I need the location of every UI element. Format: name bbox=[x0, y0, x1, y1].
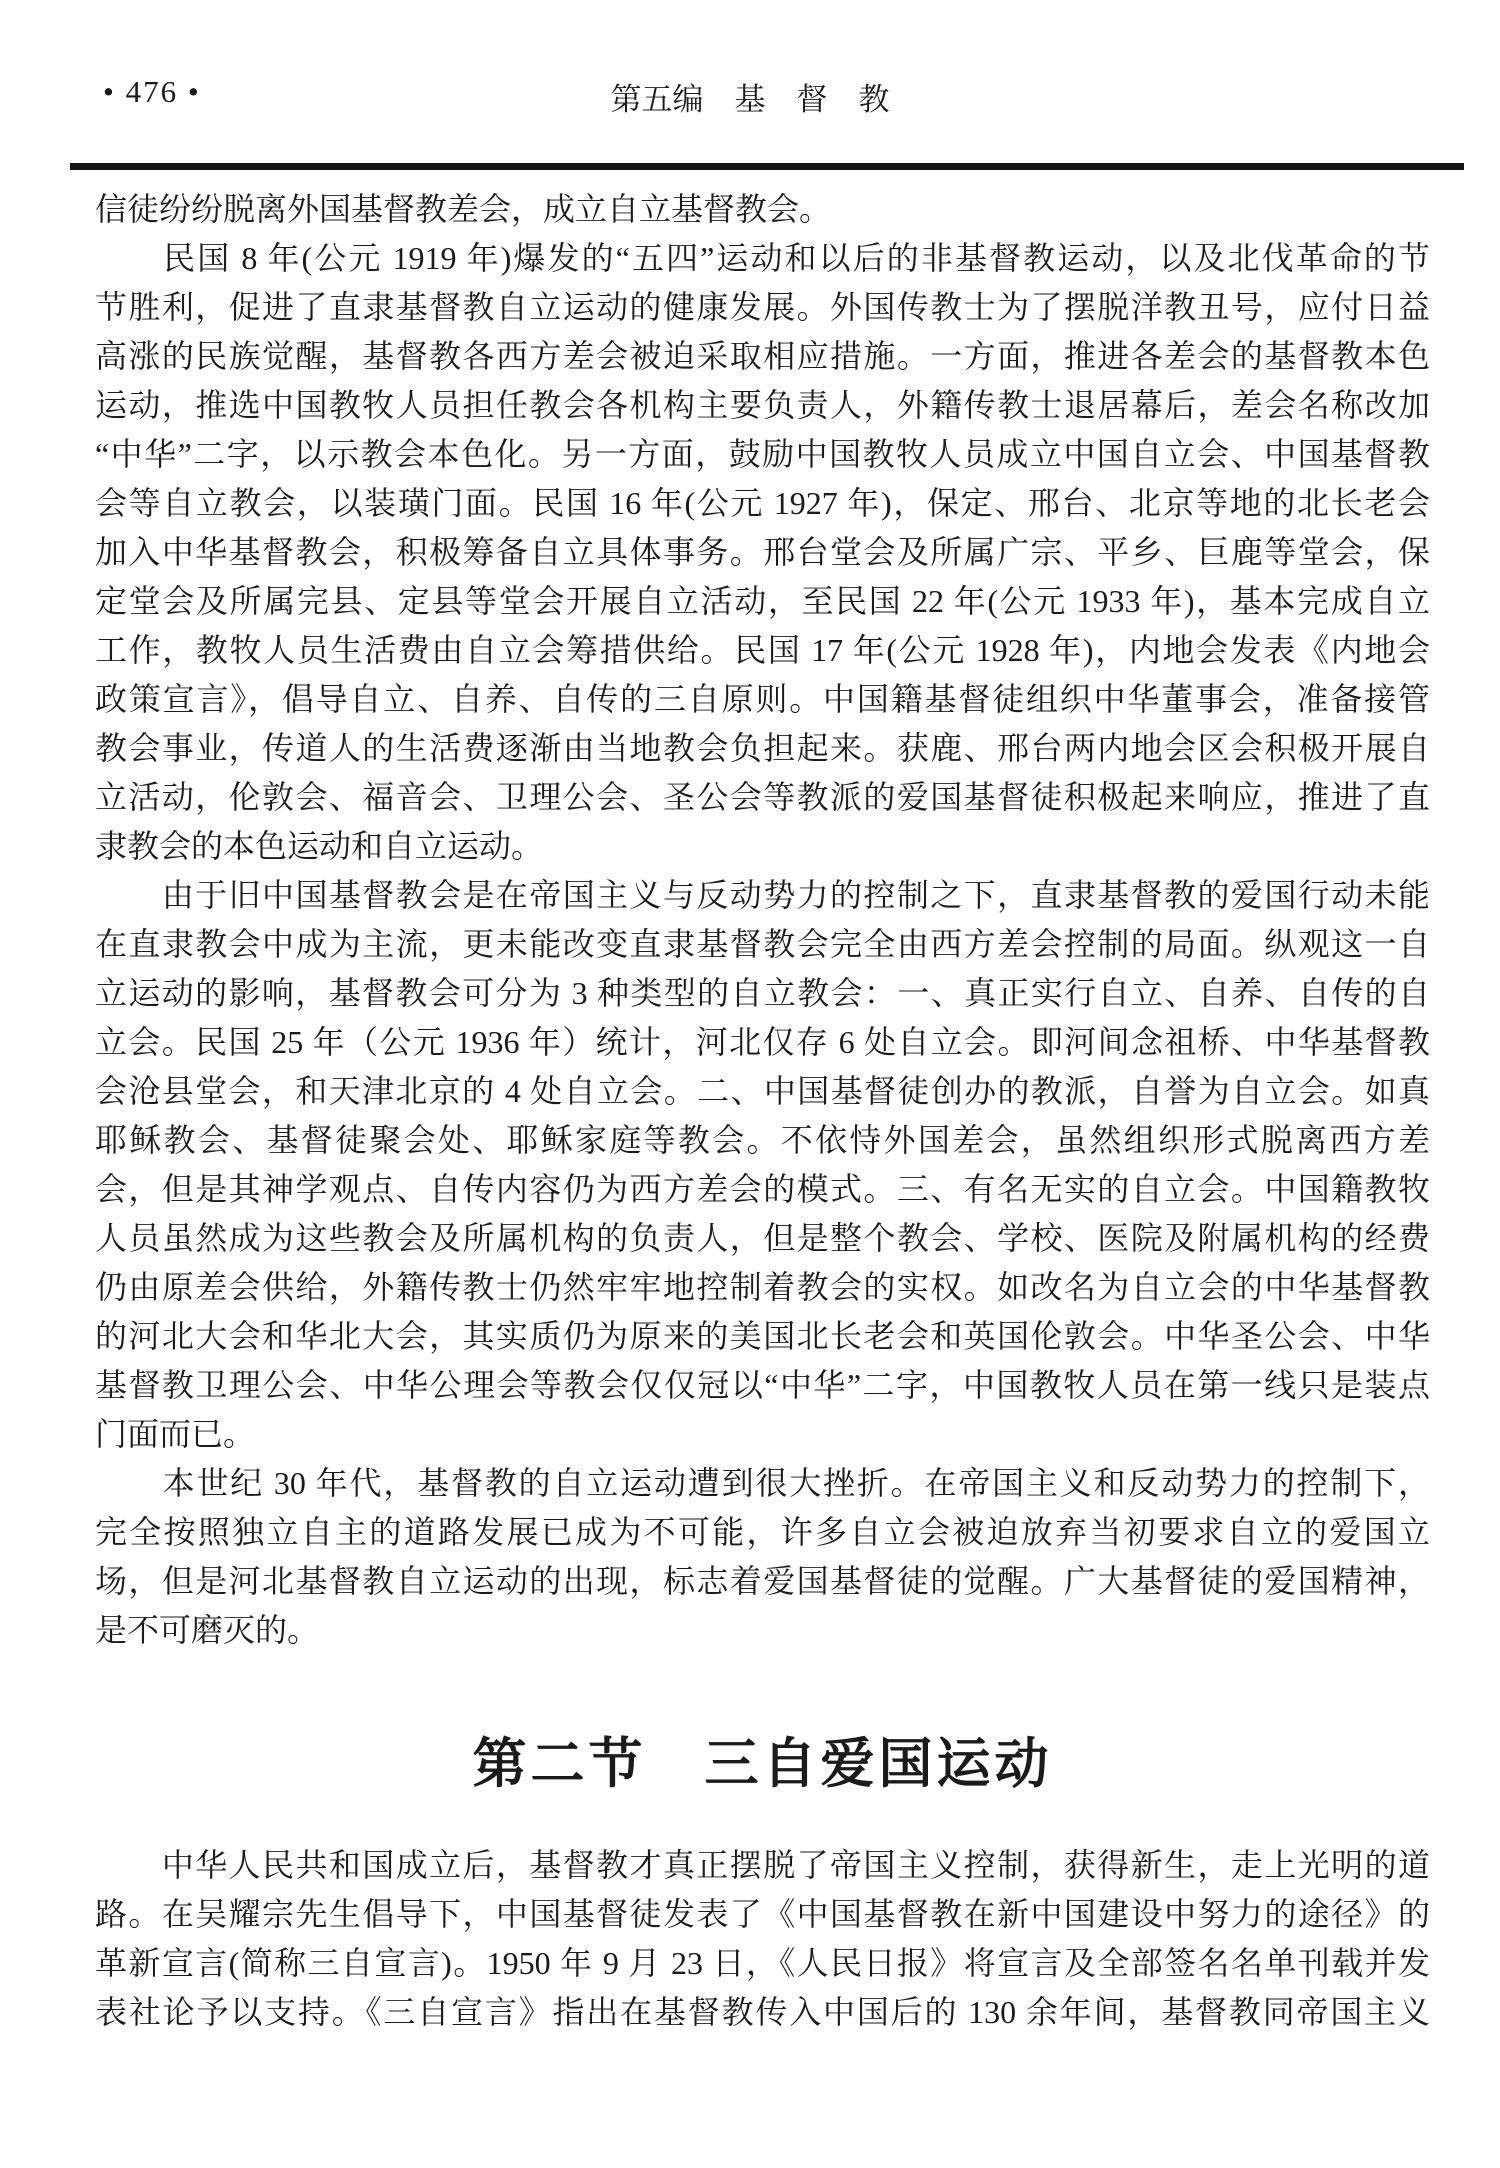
text-line: 由于旧中国基督教会是在帝国主义与反动势力的控制之下，直隶基督教的爱国行动未能 bbox=[95, 871, 1430, 920]
text-line: 隶教会的本色运动和自立运动。 bbox=[95, 822, 1430, 871]
text-line: 会等自立教会，以装璜门面。民国 16 年(公元 1927 年)，保定、邢台、北京… bbox=[95, 479, 1430, 528]
page-header: • 476 • 第五编 基 督 教 bbox=[0, 0, 1500, 116]
page-body: 信徒纷纷脱离外国基督教差会，成立自立基督教会。 民国 8 年(公元 1919 年… bbox=[95, 185, 1430, 2037]
section-heading: 第二节 三自爱国运动 bbox=[95, 1725, 1430, 1803]
text-line: 教会事业，传道人的生活费逐渐由当地教会负担起来。获鹿、邢台两内地会区会积极开展自 bbox=[95, 724, 1430, 773]
text-line: 仍由原差会供给，外籍传教士仍然牢牢地控制着教会的实权。如改名为自立会的中华基督教 bbox=[95, 1263, 1430, 1312]
text-line: 完全按照独立自主的道路发展已成为不可能，许多自立会被迫放弃当初要求自立的爱国立 bbox=[95, 1508, 1430, 1557]
paragraphs-after-heading: 中华人民共和国成立后，基督教才真正摆脱了帝国主义控制，获得新生，走上光明的道路。… bbox=[95, 1841, 1430, 2037]
text-line: 本世纪 30 年代，基督教的自立运动遭到很大挫折。在帝国主义和反动势力的控制下， bbox=[95, 1459, 1430, 1508]
paragraphs-before-heading: 信徒纷纷脱离外国基督教差会，成立自立基督教会。 民国 8 年(公元 1919 年… bbox=[95, 185, 1430, 1655]
text-line: 信徒纷纷脱离外国基督教差会，成立自立基督教会。 bbox=[95, 185, 1430, 234]
page-number: • 476 • bbox=[103, 74, 201, 110]
text-line: 会沧县堂会，和天津北京的 4 处自立会。二、中国基督徒创办的教派，自誉为自立会。… bbox=[95, 1067, 1430, 1116]
text-line: 中华人民共和国成立后，基督教才真正摆脱了帝国主义控制，获得新生，走上光明的道 bbox=[95, 1841, 1430, 1890]
text-line: 政策宣言》，倡导自立、自养、自传的三自原则。中国籍基督徒组织中华董事会，准备接管 bbox=[95, 675, 1430, 724]
header-rule bbox=[70, 163, 1464, 170]
book-page: • 476 • 第五编 基 督 教 信徒纷纷脱离外国基督教差会，成立自立基督教会… bbox=[0, 0, 1500, 2168]
paragraph: 中华人民共和国成立后，基督教才真正摆脱了帝国主义控制，获得新生，走上光明的道路。… bbox=[95, 1841, 1430, 2037]
paragraph: 民国 8 年(公元 1919 年)爆发的“五四”运动和以后的非基督教运动，以及北… bbox=[95, 234, 1430, 871]
text-line: 工作，教牧人员生活费由自立会筹措供给。民国 17 年(公元 1928 年)，内地… bbox=[95, 626, 1430, 675]
text-line: 节胜利，促进了直隶基督教自立运动的健康发展。外国传教士为了摆脱洋教丑号，应付日益 bbox=[95, 283, 1430, 332]
text-line: 定堂会及所属完县、定县等堂会开展自立活动，至民国 22 年(公元 1933 年)… bbox=[95, 577, 1430, 626]
text-line: 的河北大会和华北大会，其实质仍为原来的美国北长老会和英国伦敦会。中华圣公会、中华 bbox=[95, 1312, 1430, 1361]
text-line: 民国 8 年(公元 1919 年)爆发的“五四”运动和以后的非基督教运动，以及北… bbox=[95, 234, 1430, 283]
running-head-section-title: 第五编 基 督 教 bbox=[0, 74, 1500, 119]
text-line: 耶稣教会、基督徒聚会处、耶稣家庭等教会。不依恃外国差会，虽然组织形式脱离西方差 bbox=[95, 1116, 1430, 1165]
text-line: 运动，推选中国教牧人员担任教会各机构主要负责人，外籍传教士退居幕后，差会名称改加 bbox=[95, 381, 1430, 430]
text-line: 门面而已。 bbox=[95, 1410, 1430, 1459]
paragraph: 信徒纷纷脱离外国基督教差会，成立自立基督教会。 bbox=[95, 185, 1430, 234]
text-line: 基督教卫理公会、中华公理会等教会仅仅冠以“中华”二字，中国教牧人员在第一线只是装… bbox=[95, 1361, 1430, 1410]
text-line: 立会。民国 25 年（公元 1936 年）统计，河北仅存 6 处自立会。即河间念… bbox=[95, 1018, 1430, 1067]
text-line: 人员虽然成为这些教会及所属机构的负责人，但是整个教会、学校、医院及附属机构的经费 bbox=[95, 1214, 1430, 1263]
text-line: 在直隶教会中成为主流，更未能改变直隶基督教会完全由西方差会控制的局面。纵观这一自 bbox=[95, 920, 1430, 969]
text-line: 加入中华基督教会，积极筹备自立具体事务。邢台堂会及所属广宗、平乡、巨鹿等堂会，保 bbox=[95, 528, 1430, 577]
text-line: 会，但是其神学观点、自传内容仍为西方差会的模式。三、有名无实的自立会。中国籍教牧 bbox=[95, 1165, 1430, 1214]
text-line: 立活动，伦敦会、福音会、卫理公会、圣公会等教派的爱国基督徒积极起来响应，推进了直 bbox=[95, 773, 1430, 822]
paragraph: 本世纪 30 年代，基督教的自立运动遭到很大挫折。在帝国主义和反动势力的控制下，… bbox=[95, 1459, 1430, 1655]
text-line: 是不可磨灭的。 bbox=[95, 1606, 1430, 1655]
text-line: 路。在吴耀宗先生倡导下，中国基督徒发表了《中国基督教在新中国建设中努力的途径》的 bbox=[95, 1890, 1430, 1939]
text-line: 表社论予以支持。《三自宣言》指出在基督教传入中国后的 130 余年间，基督教同帝… bbox=[95, 1988, 1430, 2037]
text-line: 革新宣言(简称三自宣言)。1950 年 9 月 23 日，《人民日报》将宣言及全… bbox=[95, 1939, 1430, 1988]
text-line: 立运动的影响，基督教会可分为 3 种类型的自立教会：一、真正实行自立、自养、自传… bbox=[95, 969, 1430, 1018]
text-line: 高涨的民族觉醒，基督教各西方差会被迫采取相应措施。一方面，推进各差会的基督教本色 bbox=[95, 332, 1430, 381]
paragraph: 由于旧中国基督教会是在帝国主义与反动势力的控制之下，直隶基督教的爱国行动未能在直… bbox=[95, 871, 1430, 1459]
text-line: 场，但是河北基督教自立运动的出现，标志着爱国基督徒的觉醒。广大基督徒的爱国精神， bbox=[95, 1557, 1430, 1606]
text-line: “中华”二字，以示教会本色化。另一方面，鼓励中国教牧人员成立中国自立会、中国基督… bbox=[95, 430, 1430, 479]
